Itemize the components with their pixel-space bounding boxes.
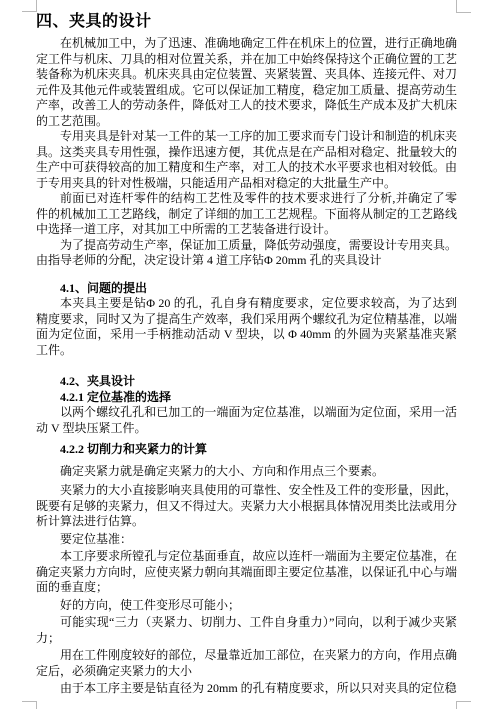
document-page: 四、夹具的设计 在机械加工中，为了迅速、准确地确定工件在机床上的位置，进行正确地…	[0, 0, 489, 710]
paragraph: 可能实现“三力（夹紧力、切削力、工件自身重力）”同向，以利于减少夹紧力；	[36, 615, 457, 646]
text-boundary-mark-top-left	[22, 0, 37, 12]
paragraph: 本工序要求所镗孔与定位基面垂直，故应以连杆一端面为主要定位基准，在确定夹紧力方向…	[36, 549, 457, 596]
section-heading-4-2-2: 4.2.2 切削力和夹紧力的计算	[36, 442, 457, 458]
text-boundary-mark-top-right	[456, 0, 471, 13]
intro-paragraph: 前面已对连杆零件的结构工艺性及零件的技术要求进行了分析,并确定了零件的机械加工工…	[36, 191, 457, 238]
paragraph: 确定夹紧力就是确定夹紧力的大小、方向和作用点三个要素。	[36, 464, 457, 480]
paragraph: 要定位基准：	[36, 532, 457, 548]
section-heading-4-1: 4.1、问题的提出	[36, 281, 457, 297]
paragraph: 本夹具主要是钻Φ 20 的孔，孔自身有精度要求，定位要求较高，为了达到精度要求，…	[36, 296, 457, 358]
paragraph: 以两个螺纹孔孔和已加工的一端面为定位基准，以端面为定位面，采用一活动 V 型块压…	[36, 405, 457, 436]
text-area: 四、夹具的设计 在机械加工中，为了迅速、准确地确定工件在机床上的位置，进行正确地…	[36, 11, 457, 697]
text-boundary-mark-bottom-right	[456, 701, 471, 709]
paragraph: 用在工件刚度较好的部位，尽量靠近加工部位，在夹紧力的方向，作用点确定后，必须确定…	[36, 648, 457, 679]
paragraph: 好的方向，使工件变形尽可能小；	[36, 598, 457, 614]
intro-paragraph: 为了提高劳动生产率，保证加工质量，降低劳动强度，需要设计专用夹具。由指导老师的分…	[36, 238, 457, 269]
page-title: 四、夹具的设计	[36, 11, 457, 32]
section-heading-4-2-1: 4.2.1 定位基准的选择	[36, 390, 457, 406]
intro-paragraph: 专用夹具是针对某一工件的某一工序的加工要求而专门设计和制造的机床夹具。这类夹具专…	[36, 129, 457, 191]
intro-paragraph: 在机械加工中，为了迅速、准确地确定工件在机床上的位置，进行正确地确定工件与机床、…	[36, 36, 457, 129]
paragraph: 由于本工序主要是钻直径为 20mm 的孔有精度要求，所以只对夹具的定位稳	[36, 681, 457, 697]
paragraph: 夹紧力的大小直接影响夹具使用的可靠性、安全性及工件的变形量，因此，既要有足够的夹…	[36, 483, 457, 530]
text-boundary-mark-bottom-left	[22, 701, 37, 709]
section-heading-4-2: 4.2、夹具设计	[36, 374, 457, 390]
